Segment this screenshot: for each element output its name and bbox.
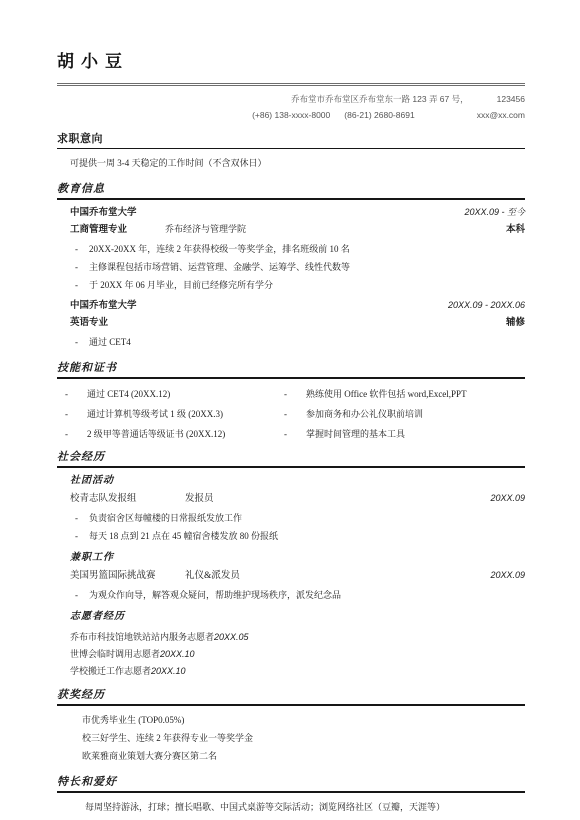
volunteer-date: 20XX.10 (151, 663, 186, 680)
education-school-row: 中国乔布堂大学 20XX.09 - 至今 (70, 205, 525, 221)
education-entry: 中国乔布堂大学 20XX.09 - 20XX.06 英语专业 辅修 - 通过 C… (57, 299, 525, 351)
bullet-item: - 为观众作向导，解答观众疑问，帮助维护现场秩序，派发纪念品 (75, 586, 525, 604)
bullet-dash: - (65, 424, 87, 444)
role-name: 礼仪&派发员 (185, 569, 240, 584)
bullet-text: 20XX-20XX 年，连续 2 年获得校级一等奖学金，排名班级前 10 名 (89, 240, 350, 258)
contact-line-2: (+86) 138-xxxx-8000 (86-21) 2680-8691 xx… (57, 107, 525, 123)
bullet-item: - 于 20XX 年 06 月毕业，目前已经修完所有学分 (75, 276, 525, 294)
subsection-volunteer-heading: 志愿者经历 (70, 610, 525, 624)
skills-column-right: - 熟练使用 Office 软件包括 word,Excel,PPT - 参加商务… (284, 384, 525, 444)
bullet-dash: - (75, 527, 89, 545)
contact-email: xxx@xx.com (477, 107, 525, 123)
bullet-dash: - (75, 509, 89, 527)
skill-item: - 掌握时间管理的基本工具 (284, 424, 525, 444)
contact-address: 乔布堂市乔布堂区乔布堂东一路 123 弄 67 号， (291, 91, 469, 107)
skills-title: 技能和证书 (57, 361, 525, 379)
bullet-dash: - (75, 258, 89, 276)
objective-text: 可提供一周 3-4 天稳定的工作时间（不含双休日） (70, 157, 525, 170)
award-item: 市优秀毕业生 (TOP0.05%) (82, 711, 525, 729)
bullet-text: 主修课程包括市场营销、运营管理、金融学、运筹学、线性代数等 (89, 258, 350, 276)
section-social: 社会经历 社团活动 校青志队发报组 发报员 20XX.09 - 负责宿舍区每幢楼… (57, 450, 525, 680)
volunteer-text: 世博会临时调用志愿者 (70, 646, 160, 663)
parttime-date: 20XX.09 (490, 568, 525, 583)
skills-column-left: - 通过 CET4 (20XX.12) - 通过计算机等级考试 1 级 (20X… (57, 384, 284, 444)
bullet-item: - 每天 18 点到 21 点在 45 幢宿舍楼发放 80 份报纸 (75, 527, 525, 545)
club-bullets: - 负责宿舍区每幢楼的日常报纸发放工作 - 每天 18 点到 21 点在 45 … (57, 509, 525, 545)
bullet-dash: - (284, 404, 306, 424)
degree-label: 辅修 (506, 314, 525, 328)
award-item: 校三好学生、连续 2 年获得专业一等奖学金 (82, 729, 525, 747)
volunteer-list: 乔布市科技馆地铁站站内服务志愿者 20XX.05 世博会临时调用志愿者 20XX… (57, 629, 525, 680)
contact-phone-landline: (86-21) 2680-8691 (344, 107, 414, 123)
contact-phone-mobile: (+86) 138-xxxx-8000 (252, 107, 330, 123)
section-skills: 技能和证书 - 通过 CET4 (20XX.12) - 通过计算机等级考试 1 … (57, 361, 525, 444)
hobbies-title: 特长和爱好 (57, 775, 525, 793)
bullet-dash: - (284, 384, 306, 404)
parttime-org-row: 美国男篮国际挑战赛 礼仪&派发员 20XX.09 (70, 568, 525, 584)
skill-text: 参加商务和办公礼仪职前培训 (306, 404, 423, 424)
award-item: 欧莱雅商业策划大赛分赛区第二名 (82, 747, 525, 765)
bullet-text: 每天 18 点到 21 点在 45 幢宿舍楼发放 80 份报纸 (89, 527, 278, 545)
education-date: 20XX.09 - 至今 (464, 205, 525, 218)
bullet-dash: - (75, 586, 89, 604)
skill-item: - 通过 CET4 (20XX.12) (65, 384, 284, 404)
volunteer-date: 20XX.05 (214, 629, 249, 646)
skill-text: 熟练使用 Office 软件包括 word,Excel,PPT (306, 384, 467, 404)
school-name: 中国乔布堂大学 (70, 299, 137, 314)
hobbies-text: 每周坚持游泳，打球；擅长唱歌、中国式桌游等交际活动；浏览网络社区（豆瓣，天涯等） (85, 801, 525, 814)
section-education: 教育信息 中国乔布堂大学 20XX.09 - 至今 工商管理专业 乔布经济与管理… (57, 182, 525, 351)
bullet-dash: - (75, 240, 89, 258)
education-entry: 中国乔布堂大学 20XX.09 - 至今 工商管理专业 乔布经济与管理学院 本科… (57, 205, 525, 294)
volunteer-item: 乔布市科技馆地铁站站内服务志愿者 20XX.05 (70, 629, 525, 646)
volunteer-date: 20XX.10 (160, 646, 195, 663)
education-title: 教育信息 (57, 182, 525, 200)
org-name: 美国男篮国际挑战赛 (70, 569, 185, 584)
candidate-name: 胡小豆 (57, 50, 525, 74)
major-name: 工商管理专业 (70, 223, 165, 238)
header-double-rule (57, 83, 525, 86)
social-title: 社会经历 (57, 450, 525, 468)
skill-text: 掌握时间管理的基本工具 (306, 424, 405, 444)
section-hobbies: 特长和爱好 每周坚持游泳，打球；擅长唱歌、中国式桌游等交际活动；浏览网络社区（豆… (57, 775, 525, 814)
school-name: 中国乔布堂大学 (70, 206, 137, 221)
skill-item: - 熟练使用 Office 软件包括 word,Excel,PPT (284, 384, 525, 404)
section-awards: 获奖经历 市优秀毕业生 (TOP0.05%) 校三好学生、连续 2 年获得专业一… (57, 688, 525, 765)
club-org-row: 校青志队发报组 发报员 20XX.09 (70, 491, 525, 507)
bullet-dash: - (75, 276, 89, 294)
skill-text: 通过 CET4 (20XX.12) (87, 384, 170, 404)
education-school-row: 中国乔布堂大学 20XX.09 - 20XX.06 (70, 299, 525, 314)
education-date: 20XX.09 - 20XX.06 (448, 300, 525, 310)
bullet-dash: - (75, 333, 89, 351)
contact-block: 乔布堂市乔布堂区乔布堂东一路 123 弄 67 号， 123456 (+86) … (57, 91, 525, 123)
bullet-item: - 20XX-20XX 年，连续 2 年获得校级一等奖学金，排名班级前 10 名 (75, 240, 525, 258)
skill-text: 通过计算机等级考试 1 级 (20XX.3) (87, 404, 223, 424)
contact-line-1: 乔布堂市乔布堂区乔布堂东一路 123 弄 67 号， 123456 (57, 91, 525, 107)
degree-label: 本科 (506, 221, 525, 235)
bullet-dash: - (65, 404, 87, 424)
contact-zip: 123456 (497, 91, 525, 107)
skill-item: - 2 级甲等普通话等级证书 (20XX.12) (65, 424, 284, 444)
skill-item: - 参加商务和办公礼仪职前培训 (284, 404, 525, 424)
volunteer-item: 世博会临时调用志愿者 20XX.10 (70, 646, 525, 663)
subsection-club-heading: 社团活动 (70, 474, 525, 488)
bullet-text: 负责宿舍区每幢楼的日常报纸发放工作 (89, 509, 242, 527)
role-name: 发报员 (185, 492, 214, 507)
education-major-row: 工商管理专业 乔布经济与管理学院 本科 (70, 221, 525, 238)
college-name: 乔布经济与管理学院 (165, 222, 246, 235)
skill-item: - 通过计算机等级考试 1 级 (20XX.3) (65, 404, 284, 424)
volunteer-text: 乔布市科技馆地铁站站内服务志愿者 (70, 629, 214, 646)
bullet-dash: - (284, 424, 306, 444)
bullet-dash: - (65, 384, 87, 404)
skills-columns: - 通过 CET4 (20XX.12) - 通过计算机等级考试 1 级 (20X… (57, 384, 525, 444)
resume-page: 胡小豆 乔布堂市乔布堂区乔布堂东一路 123 弄 67 号， 123456 (+… (0, 0, 580, 820)
volunteer-item: 学校搬迁工作志愿者 20XX.10 (70, 663, 525, 680)
bullet-item: - 通过 CET4 (75, 333, 525, 351)
section-objective: 求职意向 可提供一周 3-4 天稳定的工作时间（不含双休日） (57, 132, 525, 170)
bullet-item: - 负责宿舍区每幢楼的日常报纸发放工作 (75, 509, 525, 527)
bullet-text: 于 20XX 年 06 月毕业，目前已经修完所有学分 (89, 276, 273, 294)
awards-title: 获奖经历 (57, 688, 525, 706)
subsection-parttime-heading: 兼职工作 (70, 551, 525, 565)
bullet-text: 通过 CET4 (89, 333, 131, 351)
objective-title: 求职意向 (57, 132, 525, 149)
skill-text: 2 级甲等普通话等级证书 (20XX.12) (87, 424, 225, 444)
education-bullets: - 20XX-20XX 年，连续 2 年获得校级一等奖学金，排名班级前 10 名… (57, 240, 525, 294)
parttime-bullets: - 为观众作向导，解答观众疑问，帮助维护现场秩序，派发纪念品 (57, 586, 525, 604)
major-name: 英语专业 (70, 316, 165, 331)
education-major-row: 英语专业 辅修 (70, 314, 525, 331)
bullet-item: - 主修课程包括市场营销、运营管理、金融学、运筹学、线性代数等 (75, 258, 525, 276)
club-date: 20XX.09 (490, 491, 525, 506)
volunteer-text: 学校搬迁工作志愿者 (70, 663, 151, 680)
bullet-text: 为观众作向导，解答观众疑问，帮助维护现场秩序，派发纪念品 (89, 586, 341, 604)
education-bullets: - 通过 CET4 (57, 333, 525, 351)
awards-list: 市优秀毕业生 (TOP0.05%) 校三好学生、连续 2 年获得专业一等奖学金 … (57, 711, 525, 765)
org-name: 校青志队发报组 (70, 492, 185, 507)
